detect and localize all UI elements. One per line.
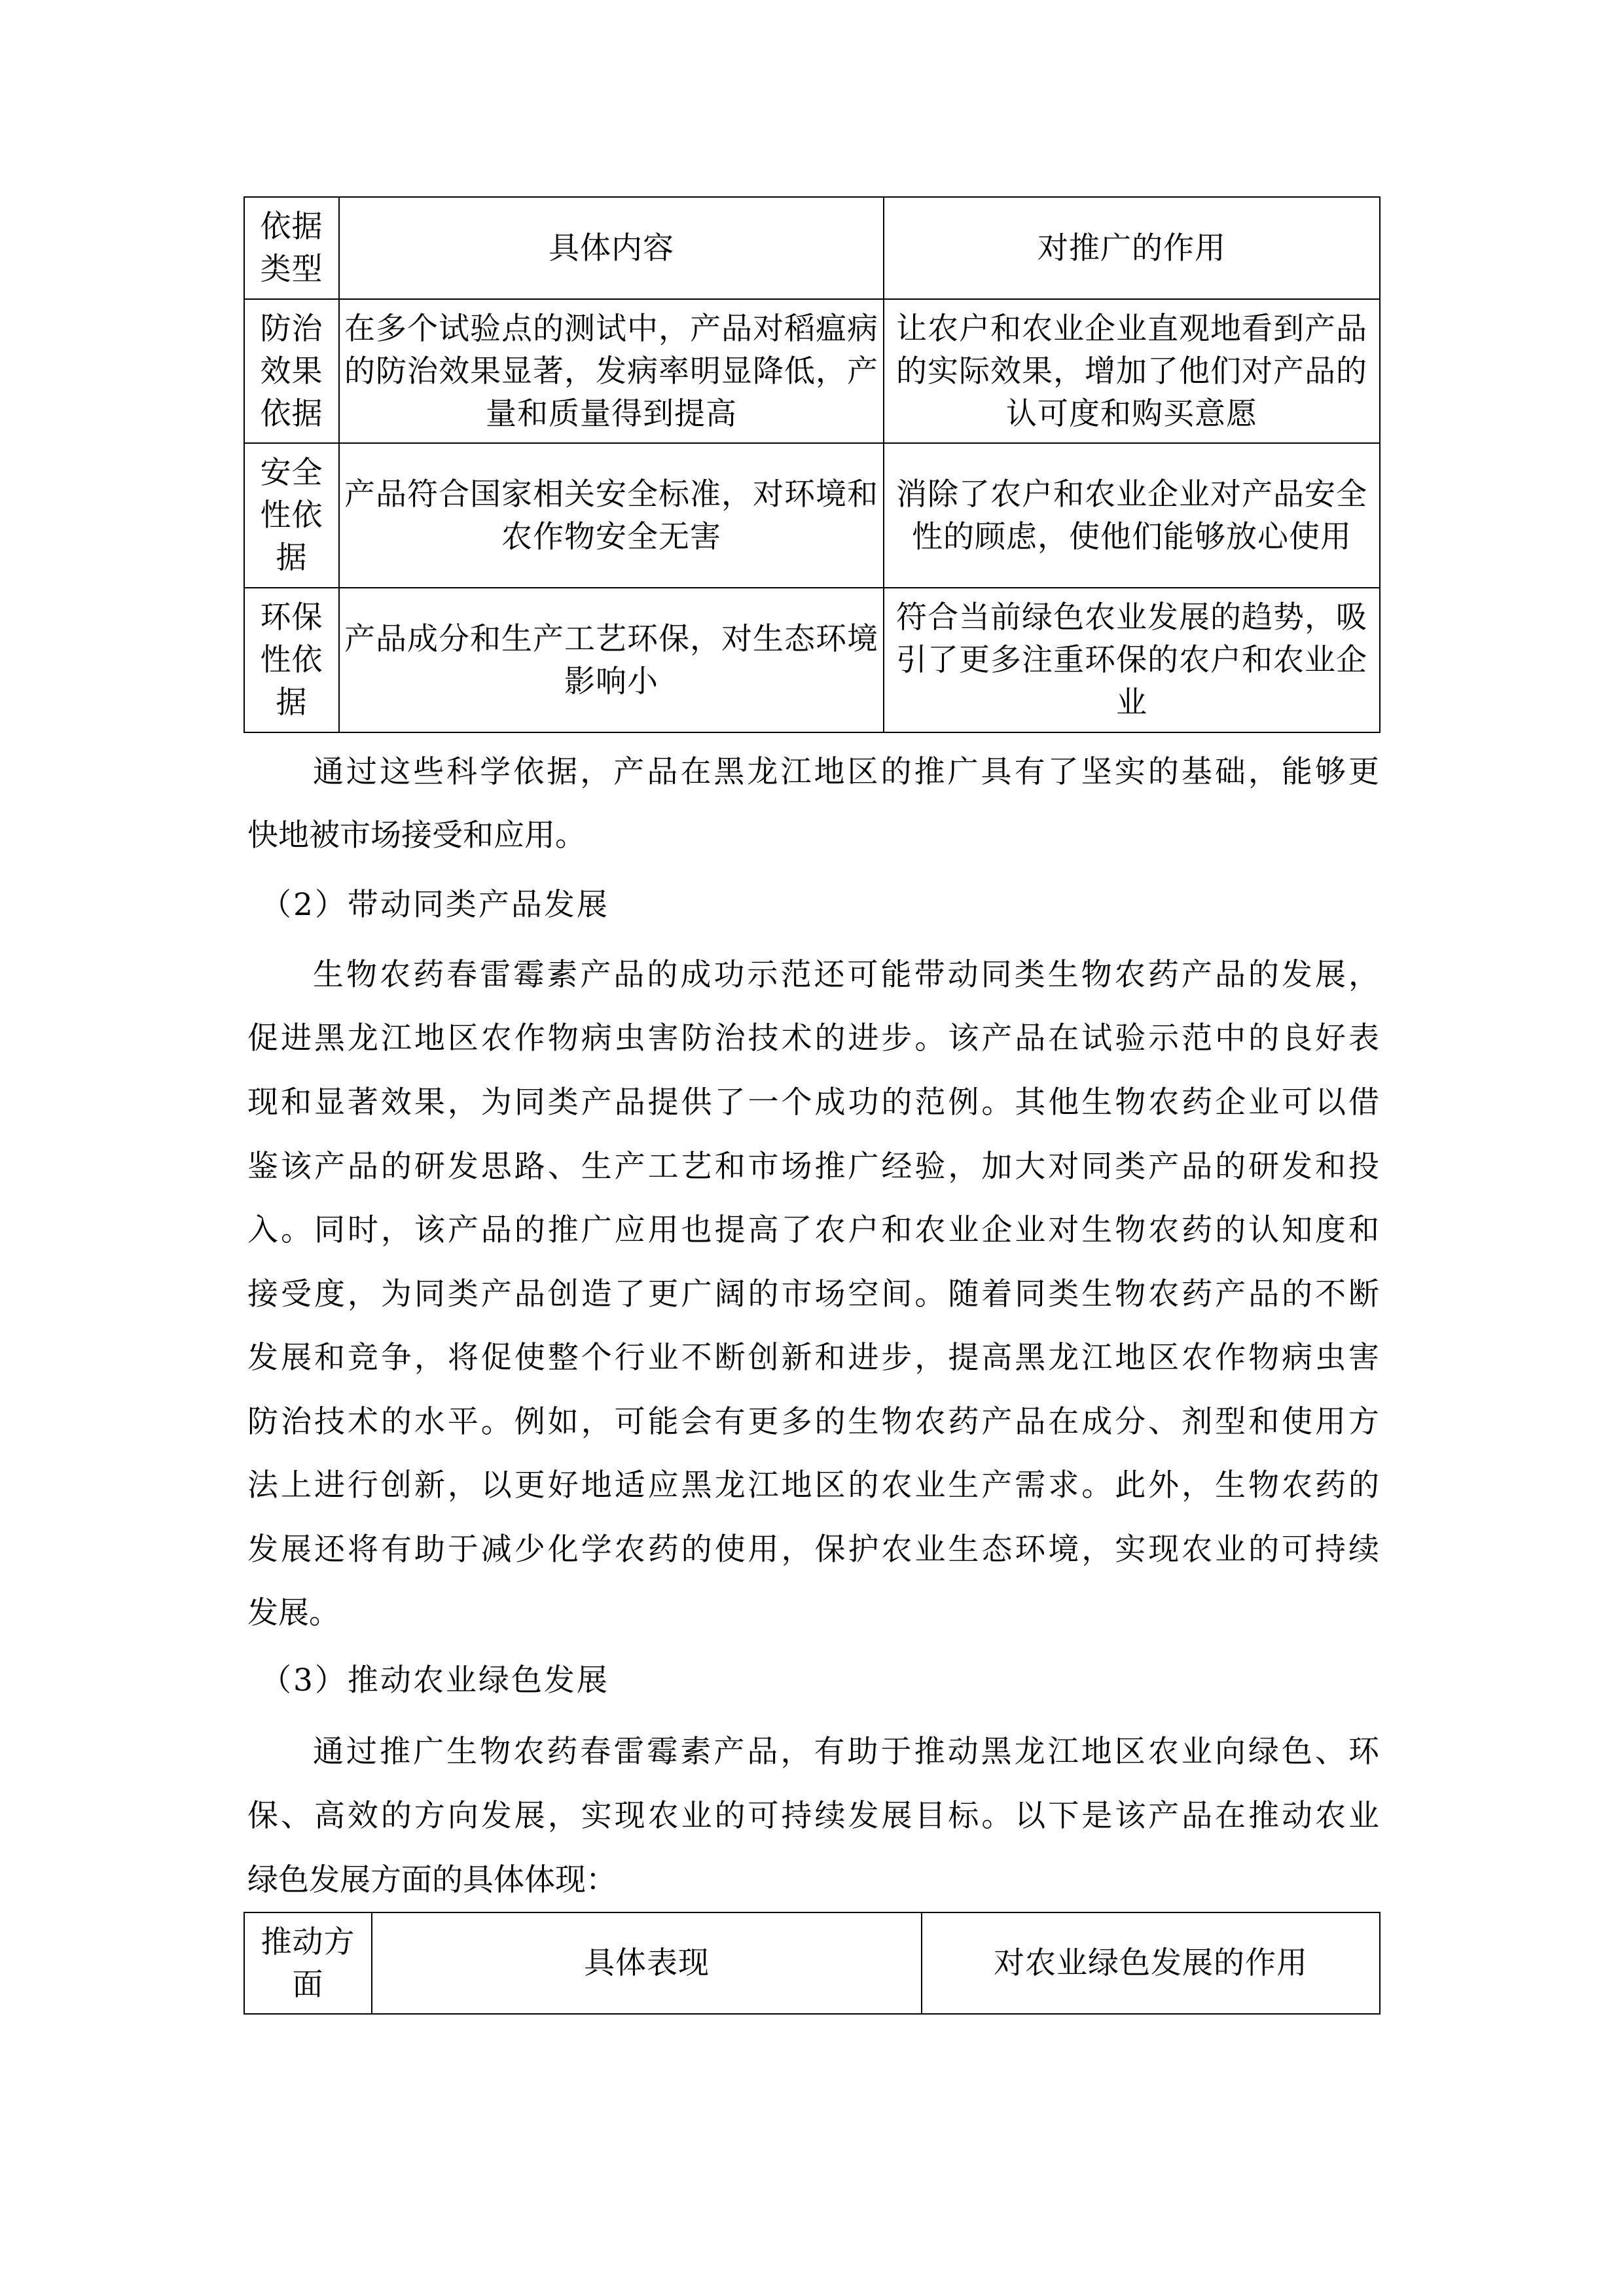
cell-basis-type: 安全性依据 (244, 443, 339, 588)
paragraph-line: 法上进行创新，以更好地适应黑龙江地区的农业生产需求。此外，生物农药的 (247, 1466, 1379, 1505)
table-row: 环保性依据 产品成分和生产工艺环保，对生态环境影响小 符合当前绿色农业发展的趋势… (244, 588, 1380, 732)
paragraph-line: 防治技术的水平。例如，可能会有更多的生物农药产品在成分、剂型和使用方 (247, 1403, 1379, 1442)
paragraph-line: 绿色发展方面的具体体现： (247, 1861, 1379, 1900)
section-heading-2: （2）带动同类产品发展 (261, 886, 609, 925)
cell-effect: 让农户和农业企业直观地看到产品的实际效果，增加了他们对产品的认可度和购买意愿 (884, 299, 1380, 443)
paragraph-line: 发展还将有助于减少化学农药的使用，保护农业生态环境，实现农业的可持续 (247, 1530, 1379, 1570)
cell-effect: 消除了农户和农业企业对产品安全性的顾虑，使他们能够放心使用 (884, 443, 1380, 588)
header-green-effect: 对农业绿色发展的作用 (922, 1912, 1380, 2014)
scientific-basis-table: 依据类型 具体内容 对推广的作用 防治效果依据 在多个试验点的测试中，产品对稻瘟… (244, 196, 1380, 733)
section-heading-3: （3）推动农业绿色发展 (261, 1661, 609, 1700)
paragraph-line: 发展。 (247, 1594, 1379, 1633)
table-header-row: 依据类型 具体内容 对推广的作用 (244, 197, 1380, 299)
paragraph-line: 促进黑龙江地区农作物病虫害防治技术的进步。该产品在试验示范中的良好表 (247, 1019, 1379, 1058)
green-development-table: 推动方面 具体表现 对农业绿色发展的作用 (244, 1912, 1380, 2015)
paragraph-line: 保、高效的方向发展，实现农业的可持续发展目标。以下是该产品在推动农业 (247, 1797, 1379, 1836)
header-aspect: 推动方面 (244, 1912, 372, 2014)
cell-content: 在多个试验点的测试中，产品对稻瘟病的防治效果显著，发病率明显降低，产量和质量得到… (339, 299, 884, 443)
header-content: 具体内容 (339, 197, 884, 299)
header-basis-type: 依据类型 (244, 197, 339, 299)
paragraph-line: 通过这些科学依据，产品在黑龙江地区的推广具有了坚实的基础，能够更 (313, 753, 1379, 792)
cell-effect: 符合当前绿色农业发展的趋势，吸引了更多注重环保的农户和农业企业 (884, 588, 1380, 732)
paragraph-line: 入。同时，该产品的推广应用也提高了农户和农业企业对生物农药的认知度和 (247, 1211, 1379, 1250)
cell-basis-type: 环保性依据 (244, 588, 339, 732)
paragraph-line: 发展和竞争，将促使整个行业不断创新和进步，提高黑龙江地区农作物病虫害 (247, 1338, 1379, 1378)
table-row: 安全性依据 产品符合国家相关安全标准，对环境和农作物安全无害 消除了农户和农业企… (244, 443, 1380, 588)
cell-content: 产品符合国家相关安全标准，对环境和农作物安全无害 (339, 443, 884, 588)
paragraph-line: 生物农药春雷霉素产品的成功示范还可能带动同类生物农药产品的发展， (313, 956, 1379, 995)
header-performance: 具体表现 (372, 1912, 922, 2014)
cell-basis-type: 防治效果依据 (244, 299, 339, 443)
cell-content: 产品成分和生产工艺环保，对生态环境影响小 (339, 588, 884, 732)
header-effect: 对推广的作用 (884, 197, 1380, 299)
paragraph-line: 快地被市场接受和应用。 (247, 816, 1379, 855)
paragraph-line: 通过推广生物农药春雷霉素产品，有助于推动黑龙江地区农业向绿色、环 (313, 1732, 1379, 1772)
paragraph-line: 现和显著效果，为同类产品提供了一个成功的范例。其他生物农药企业可以借 (247, 1083, 1379, 1122)
table-header-row: 推动方面 具体表现 对农业绿色发展的作用 (244, 1912, 1380, 2014)
paragraph-line: 鉴该产品的研发思路、生产工艺和市场推广经验，加大对同类产品的研发和投 (247, 1147, 1379, 1187)
table-row: 防治效果依据 在多个试验点的测试中，产品对稻瘟病的防治效果显著，发病率明显降低，… (244, 299, 1380, 443)
paragraph-line: 接受度，为同类产品创造了更广阔的市场空间。随着同类生物农药产品的不断 (247, 1275, 1379, 1314)
